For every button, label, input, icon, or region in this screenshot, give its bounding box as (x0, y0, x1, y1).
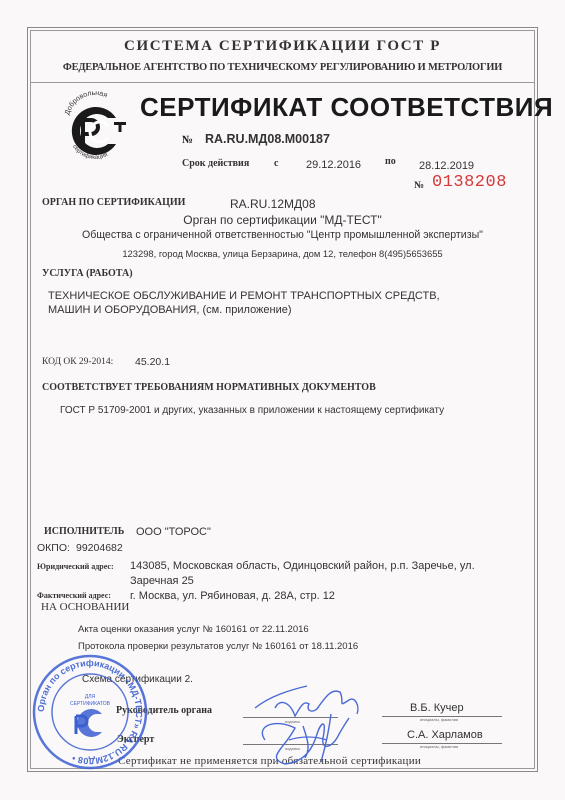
certification-body-address: 123298, город Москва, улица Берзарина, д… (0, 248, 565, 259)
basis-label: НА ОСНОВАНИИ (41, 601, 129, 613)
certification-body-name: Орган по сертификации "МД-ТЕСТ" (0, 213, 565, 227)
rst-logo-icon: Добровольная сертификация (58, 88, 132, 170)
head-name: В.Б. Кучер (410, 702, 464, 714)
certificate-title: СЕРТИФИКАТ СООТВЕТСТВИЯ (140, 92, 553, 123)
blank-number: 0138208 (432, 173, 507, 192)
valid-to-label: по (385, 156, 396, 167)
handwritten-signatures (245, 678, 385, 770)
okved-code-label: КОД ОК 29-2014: (42, 357, 113, 367)
validity-label: Срок действия (182, 158, 249, 169)
header-divider (30, 82, 535, 83)
executor-label: ИСПОЛНИТЕЛЬ (44, 526, 124, 537)
basis-item: Акта оценки оказания услуг № 160161 от 2… (78, 624, 309, 635)
expert-name: С.А. Харламов (407, 729, 483, 741)
basis-item: Протокола проверки результатов услуг № 1… (78, 641, 358, 652)
certification-body-code: RA.RU.12МД08 (230, 197, 316, 211)
cert-number-label: № (182, 134, 193, 146)
system-title: СИСТЕМА СЕРТИФИКАЦИИ ГОСТ Р (0, 38, 565, 55)
compliance-label: СООТВЕТСТВУЕТ ТРЕБОВАНИЯМ НОРМАТИВНЫХ ДО… (42, 382, 376, 393)
legal-address-label: Юридический адрес: (37, 562, 114, 571)
compliance-text: ГОСТ Р 51709-2001 и других, указанных в … (60, 405, 444, 416)
valid-from-label: с (274, 158, 278, 169)
svg-text:ДЛЯ: ДЛЯ (85, 694, 96, 700)
actual-address: г. Москва, ул. Рябиновая, д. 28А, стр. 1… (130, 590, 335, 602)
certification-body-org: Общества с ограниченной ответственностью… (0, 229, 565, 241)
executor-name: ООО "ТОРОС" (136, 526, 211, 538)
valid-from-date: 29.12.2016 (306, 159, 361, 171)
cert-number: RA.RU.МД08.М00187 (205, 132, 330, 146)
valid-to-date: 28.12.2019 (419, 160, 474, 172)
okpo-label: ОКПО: (37, 542, 70, 554)
svg-text:СЕРТИФИКАТОВ: СЕРТИФИКАТОВ (70, 701, 111, 707)
expert-name-caption: инициалы, фамилия (420, 744, 458, 749)
okpo-value: 99204682 (76, 542, 123, 554)
blank-number-label: № (414, 180, 424, 191)
okved-code-value: 45.20.1 (135, 356, 170, 368)
service-line-1: ТЕХНИЧЕСКОЕ ОБСЛУЖИВАНИЕ И РЕМОНТ ТРАНСП… (48, 290, 440, 302)
certification-body-label: ОРГАН ПО СЕРТИФИКАЦИИ (42, 197, 185, 208)
legal-address-line-1: 143085, Московская область, Одинцовский … (130, 560, 475, 572)
legal-address-line-2: Заречная 25 (130, 575, 194, 587)
seal-stamp-icon: Орган по сертификации «МД-ТЕСТ» RA.RU.12… (30, 652, 150, 772)
actual-address-label: Фактический адрес: (37, 591, 111, 600)
head-name-caption: инициалы, фамилия (420, 717, 458, 722)
agency-title: ФЕДЕРАЛЬНОЕ АГЕНТСТВО ПО ТЕХНИЧЕСКОМУ РЕ… (0, 62, 565, 73)
service-line-2: МАШИН И ОБОРУДОВАНИЯ, (см. приложение) (48, 304, 292, 316)
service-label: УСЛУГА (РАБОТА) (42, 268, 133, 279)
